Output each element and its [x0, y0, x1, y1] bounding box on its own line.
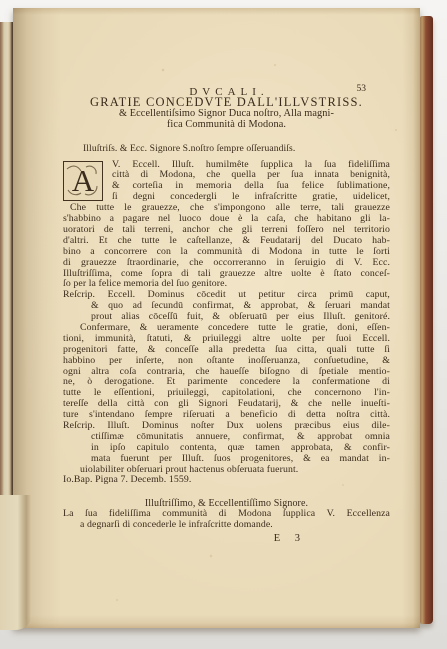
text-line: di grauezze ſtraordinarie, che occorrera…	[63, 258, 390, 269]
text-line: mata fuerunt per Illuſt. ſuos progenitor…	[63, 454, 390, 465]
body-text: Che tutte le grauezze, che s'impongono a…	[63, 203, 390, 486]
text-line: progenitori fatte, & conceſſe alla prede…	[63, 345, 390, 356]
text-line: ſi degni concedergli le infraſcritte gra…	[63, 192, 390, 203]
text-line: bino a concorrere con la communità di Mo…	[63, 247, 390, 258]
page-number: 53	[357, 84, 367, 94]
book: DVCALI. 53 GRATIE CONCEDVTE DALL'ILLVSTR…	[0, 8, 433, 628]
text-line: Io.Bap. Pigna 7. Decemb. 1559.	[63, 475, 390, 486]
cover-board-edge	[420, 16, 433, 624]
opening-paragraph: A V. Eccell. Illuſt. humilmête ſupplica …	[63, 160, 390, 204]
facing-page-curl	[0, 495, 32, 630]
title-line: fica Communità di Modona.	[63, 120, 390, 131]
title: GRATIE CONCEDVTE DALL'ILLVSTRISS. & Ecce…	[63, 96, 390, 131]
text-line: a degnarſi di concederle le infraſcritte…	[63, 520, 390, 531]
opening-lines: V. Eccell. Illuſt. humilmête ſupplica la…	[63, 160, 390, 204]
text-line: habbino per inſerte, non oſtante inoſſer…	[63, 356, 390, 367]
text-block: DVCALI. 53 GRATIE CONCEDVTE DALL'ILLVSTR…	[63, 82, 390, 544]
photo-backdrop: DVCALI. 53 GRATIE CONCEDVTE DALL'ILLVSTR…	[0, 0, 447, 649]
book-page: DVCALI. 53 GRATIE CONCEDVTE DALL'ILLVSTR…	[13, 8, 420, 628]
drop-cap-initial: A	[63, 161, 103, 201]
closing-text: La ſua fideliſſima communità di Modona ſ…	[63, 509, 390, 531]
text-line: in ipſo capitulo contenta, quæ tamen app…	[63, 443, 390, 454]
drop-cap-letter: A	[72, 165, 95, 196]
salutation-line: Illuſtriſs. & Ecc. Signore S.noſtro ſemp…	[63, 143, 390, 154]
signature-mark: E 3	[274, 533, 306, 544]
page-header: DVCALI. 53	[63, 82, 390, 96]
running-header: DVCALI.	[184, 86, 268, 98]
